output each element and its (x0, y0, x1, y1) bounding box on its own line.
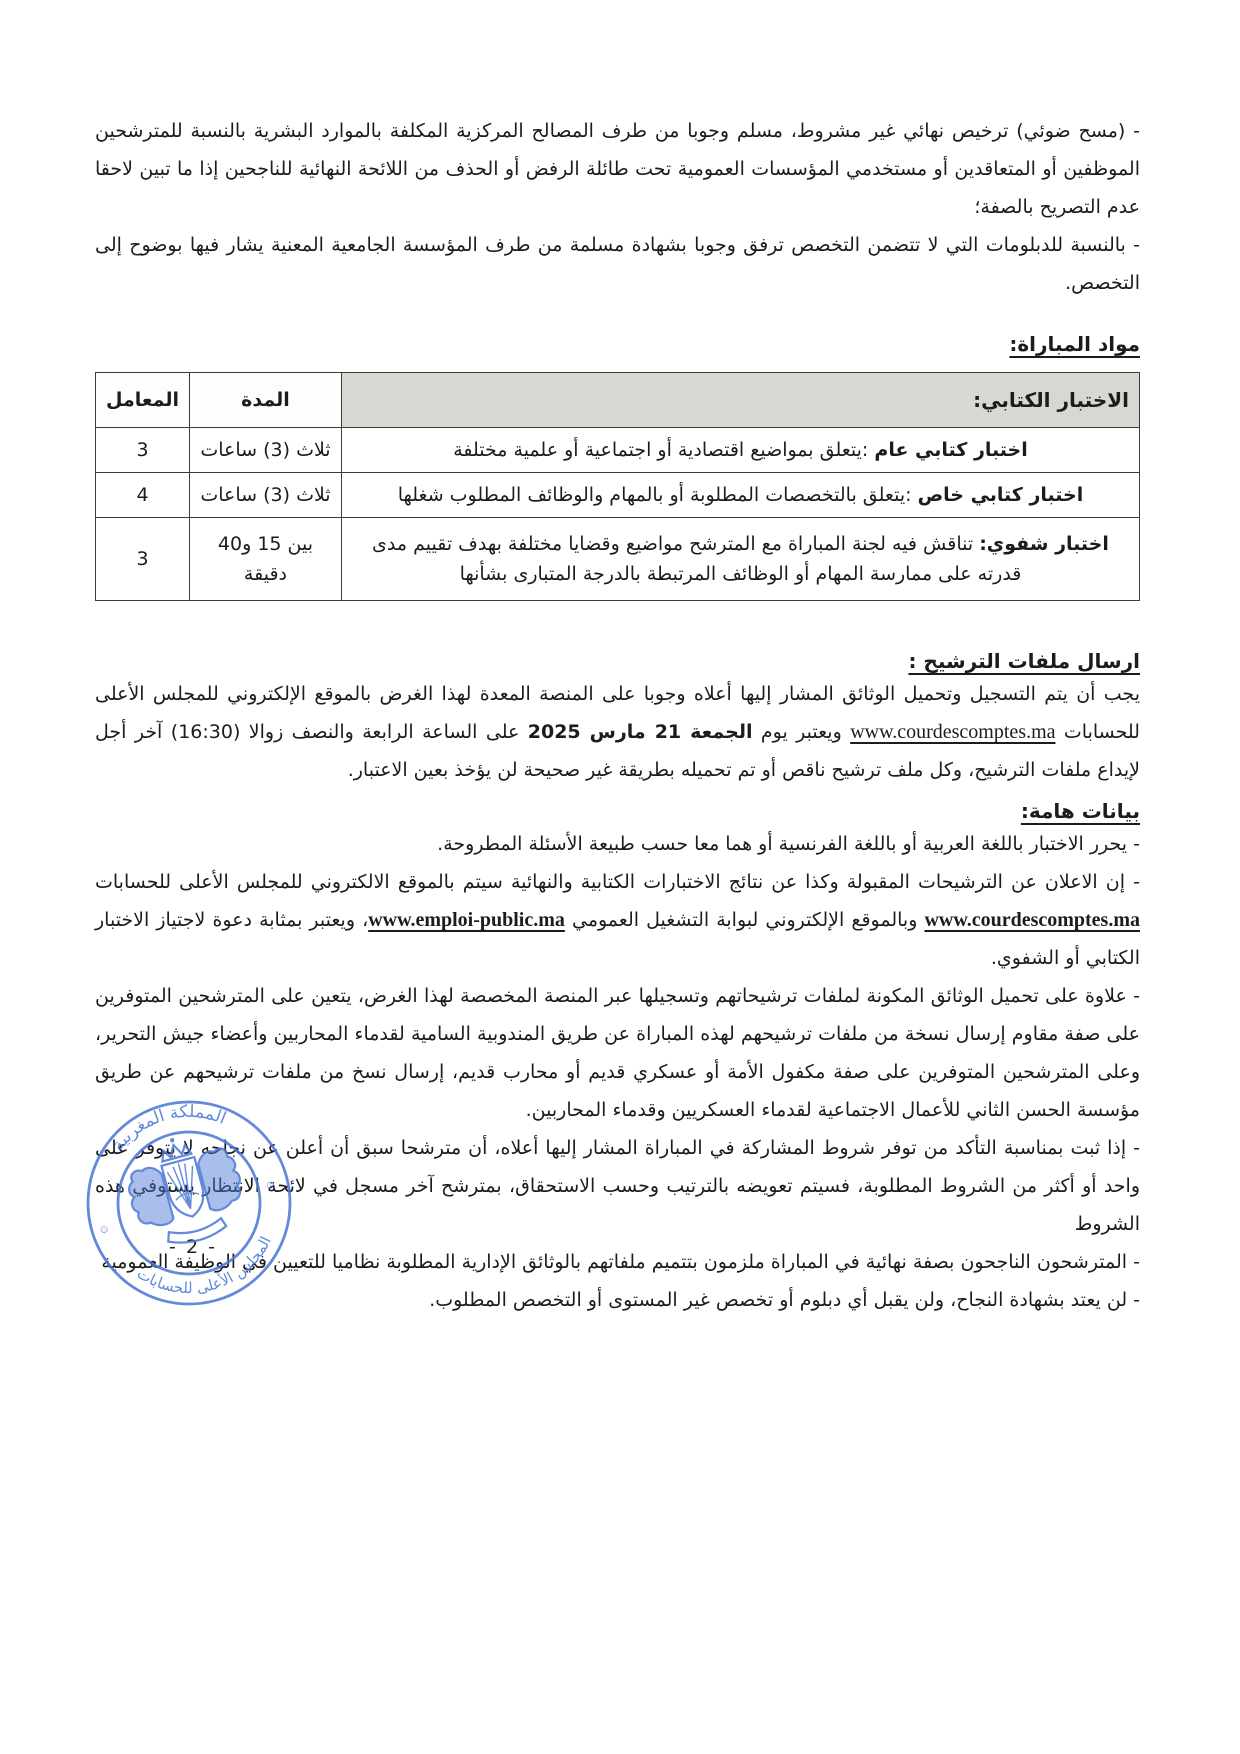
url-text: www.courdescomptes.ma (924, 909, 1140, 931)
coefficient-cell: 3 (96, 518, 190, 601)
exam-name: اختبار شفوي: (979, 533, 1109, 555)
exam-name: اختبار كتابي خاص (918, 484, 1084, 506)
note-replacement-waitlist: - إذا ثبت بمناسبة التأكد من توفر شروط ال… (95, 1129, 1140, 1243)
header-written-exam: الاختبار الكتابي: (341, 373, 1139, 428)
duration-cell: ثلاث (3) ساعات (189, 473, 341, 518)
header-coefficient: المعامل (96, 373, 190, 428)
submission-heading: ارسال ملفات الترشيح : (95, 647, 1140, 675)
exam-detail: :يتعلق بمواضيع اقتصادية أو اجتماعية أو ع… (453, 439, 874, 461)
text-segment: - علاوة على تحميل الوثائق المكونة لملفات… (95, 985, 1140, 1121)
table-row-general-written: اختبار كتابي عام :يتعلق بمواضيع اقتصادية… (96, 428, 1140, 473)
url-text: www.courdescomptes.ma (850, 721, 1055, 743)
text-segment: ويعتبر يوم (752, 721, 850, 743)
text-segment: - يحرر الاختبار باللغة العربية أو باللغة… (437, 833, 1140, 855)
text-segment: وبالموقع الإلكتروني لبوابة التشغيل العمو… (565, 909, 925, 931)
text-segment: - إذا ثبت بمناسبة التأكد من توفر شروط ال… (95, 1137, 1140, 1235)
exam-detail: تناقش فيه لجنة المباراة مع المترشح مواضي… (372, 533, 1021, 585)
duration-cell: بين 15 و40 دقيقة (189, 518, 341, 601)
note-exam-language: - يحرر الاختبار باللغة العربية أو باللغة… (95, 825, 1140, 863)
intro-bullet-diploma-specialty: - بالنسبة للدبلومات التي لا تتضمن التخصص… (95, 226, 1140, 302)
note-results-websites: - إن الاعلان عن الترشيحات المقبولة وكذا … (95, 863, 1140, 977)
text-segment: الجمعة 21 مارس 2025 (528, 721, 753, 743)
document-body: - (مسح ضوئي) ترخيص نهائي غير مشروط، مسلم… (95, 0, 1140, 1319)
exam-detail: :يتعلق بالتخصصات المطلوبة أو بالمهام وال… (398, 484, 918, 506)
exam-subjects-table: الاختبار الكتابي: المدة المعامل اختبار ك… (95, 372, 1140, 601)
exam-description-cell: اختبار كتابي خاص :يتعلق بالتخصصات المطلو… (341, 473, 1139, 518)
text-segment: - (مسح ضوئي) ترخيص نهائي غير مشروط، مسلم… (95, 120, 1140, 218)
coefficient-cell: 4 (96, 473, 190, 518)
text-segment: - لن يعتد بشهادة النجاح، ولن يقبل أي دبل… (429, 1289, 1140, 1311)
text-segment: - إن الاعلان عن الترشيحات المقبولة وكذا … (95, 871, 1140, 893)
exam-description-cell: اختبار كتابي عام :يتعلق بمواضيع اقتصادية… (341, 428, 1139, 473)
important-notes-heading: بيانات هامة: (95, 797, 1140, 825)
text-segment: - المترشحون الناجحون بصفة نهائية في المب… (101, 1251, 1140, 1273)
note-veterans-copies: - علاوة على تحميل الوثائق المكونة لملفات… (95, 977, 1140, 1129)
exam-name: اختبار كتابي عام (874, 439, 1027, 461)
url-text: www.emploi-public.ma (368, 909, 565, 931)
exam-description-cell: اختبار شفوي: تناقش فيه لجنة المباراة مع … (341, 518, 1139, 601)
note-final-winners-documents: - المترشحون الناجحون بصفة نهائية في المب… (95, 1243, 1140, 1281)
scanned-document-page: - (مسح ضوئي) ترخيص نهائي غير مشروط، مسلم… (0, 0, 1240, 1754)
exam-subjects-heading: مواد المباراة: (95, 330, 1140, 358)
text-segment: - بالنسبة للدبلومات التي لا تتضمن التخصص… (95, 234, 1140, 294)
table-row-oral-exam: اختبار شفوي: تناقش فيه لجنة المباراة مع … (96, 518, 1140, 601)
coefficient-cell: 3 (96, 428, 190, 473)
table-row-special-written: اختبار كتابي خاص :يتعلق بالتخصصات المطلو… (96, 473, 1140, 518)
note-no-other-diploma: - لن يعتد بشهادة النجاح، ولن يقبل أي دبل… (95, 1281, 1140, 1319)
intro-bullet-scan-license: - (مسح ضوئي) ترخيص نهائي غير مشروط، مسلم… (95, 112, 1140, 226)
submission-paragraph: يجب أن يتم التسجيل وتحميل الوثائق المشار… (95, 675, 1140, 789)
page-number: - 2 - (148, 1236, 238, 1258)
duration-cell: ثلاث (3) ساعات (189, 428, 341, 473)
table-header-row: الاختبار الكتابي: المدة المعامل (96, 373, 1140, 428)
header-duration: المدة (189, 373, 341, 428)
